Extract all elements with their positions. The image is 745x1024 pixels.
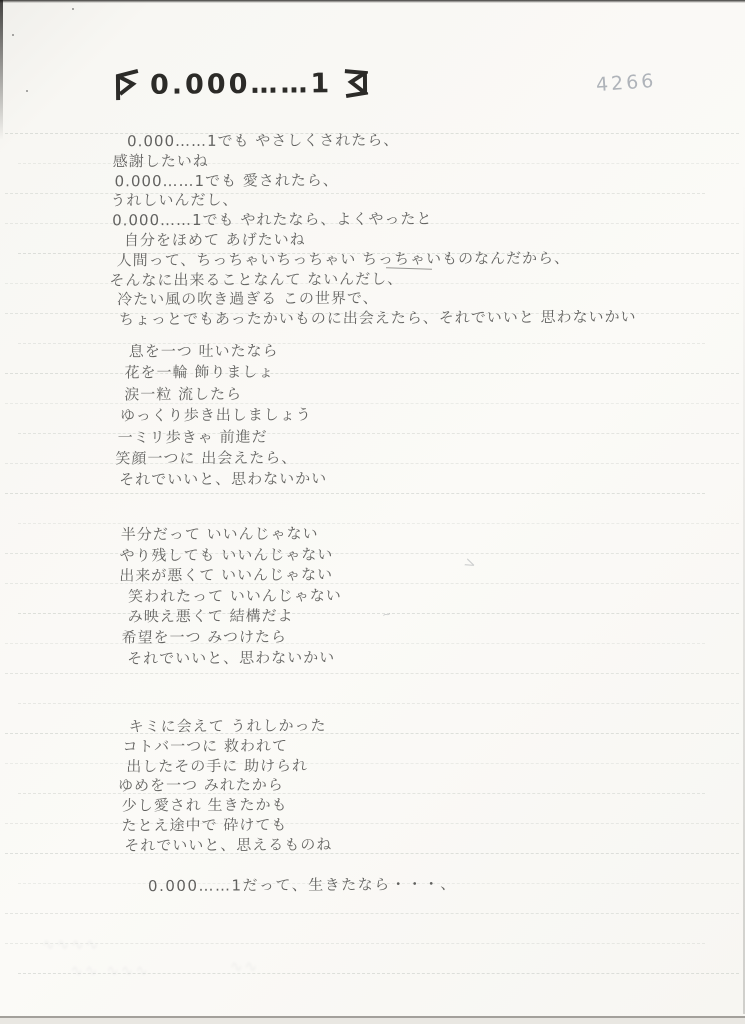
lyric-line: 一ミリ歩きゃ 前進だ — [118, 426, 328, 449]
lyric-line: 笑われたって いいんじゃない — [128, 585, 342, 607]
scan-speckle — [12, 34, 14, 36]
closing-line: 0.000……1だって、生きたなら・・・、 — [148, 873, 457, 896]
lyric-line: たとえ途中で 砕けても — [121, 815, 332, 836]
bleed-through-mark: ∿∿ — [228, 958, 257, 976]
lyric-line: キミに会えて うれしかった — [129, 716, 334, 737]
scan-bottom-edge — [0, 1016, 745, 1024]
title-bracket-right-icon — [341, 65, 368, 101]
lyric-line: 人間って、ちっちゃいちっちゃい ちっちゃいものなんだから、 — [117, 248, 638, 271]
page-title-row: 0.000……1 — [114, 65, 369, 103]
pencil-page-number: 4266 — [595, 70, 657, 96]
lyric-line: 花を一輪 飾りましょ — [124, 362, 328, 384]
lyric-line: ちょっとでもあったかいものに出会えたら、それでいいと 思わないかい — [119, 308, 637, 331]
scan-speckle — [72, 8, 74, 10]
lyric-line: やり残しても いいんじゃない — [119, 544, 342, 566]
bleed-through-mark: ∿∿∿ ∿∿ — [28, 962, 148, 980]
lyric-line: 出来が悪くて いいんじゃない — [119, 565, 342, 587]
lyric-line: 0.000……1でも やさしくされたら、 — [127, 130, 639, 152]
lyric-line: それでいいと、思えるものね — [124, 835, 332, 856]
scan-edge-top — [0, 0, 745, 3]
lyric-line: み映え悪くて 結構だよ — [128, 606, 342, 628]
lyric-line: それでいいと、思わないかい — [119, 469, 327, 491]
lyric-line: コトバ一つに 救われて — [122, 736, 333, 757]
scanned-notebook-page: 0.000……1 4266 0.000……1でも やさしくされたら、 感謝したい… — [0, 0, 745, 1024]
lyric-line: 0.000……1でも 愛されたら、 — [114, 169, 638, 192]
stanza-2: 息を一つ 吐いたなら 花を一輪 飾りましょ 涙一粒 流したら ゆっくり歩き出しま… — [115, 340, 329, 491]
stanza-4: キミに会えて うれしかった コトバ一つに 救われて 出したその手に 助けられ ゆ… — [117, 716, 334, 856]
stanza-3: 半分だって いいんじゃない やり残しても いいんじゃない 出来が悪くて いいんじ… — [111, 523, 343, 668]
lyric-line: 自分をほめて あげたいね — [124, 229, 638, 251]
lyric-line: 笑顔一つに 出会えたら、 — [115, 447, 327, 470]
lyric-line: 0.000……1でも やれたなら、よくやったと — [112, 209, 638, 232]
lyric-line: 感謝したいね — [113, 149, 639, 172]
scan-speckle — [26, 90, 28, 92]
lyric-line: そんなに出来ることなんて ないんだし、 — [109, 268, 637, 291]
lyric-line: 息を一つ 吐いたなら — [129, 340, 329, 362]
lyric-line: 希望を一つ みつけたら — [121, 626, 341, 648]
lyric-line: 涙一粒 流したら — [124, 383, 328, 405]
lyric-line: うれしいんだし、 — [110, 189, 638, 212]
lyric-line: ゆっくり歩き出しましょう — [120, 405, 328, 427]
lyric-line: 出したその手に 助けられ — [126, 756, 333, 777]
page-title: 0.000……1 — [150, 68, 332, 101]
title-bracket-left-icon — [114, 67, 141, 103]
lyric-line: 半分だって いいんじゃない — [121, 523, 343, 545]
scan-edge-left — [0, 0, 3, 140]
lyric-line: ゆめを一つ みれたから — [118, 776, 333, 797]
lyric-line: 少し愛され 生きたかも — [122, 796, 333, 817]
bleed-through-mark: ∿∿∿∿ — [40, 936, 98, 954]
stanza-1: 0.000……1でも やさしくされたら、 感謝したいね 0.000……1でも 愛… — [109, 130, 639, 331]
lyric-line: 冷たい風の吹き過ぎる この世界で、 — [117, 288, 637, 311]
lyric-line: それでいいと、思わないかい — [127, 647, 341, 669]
